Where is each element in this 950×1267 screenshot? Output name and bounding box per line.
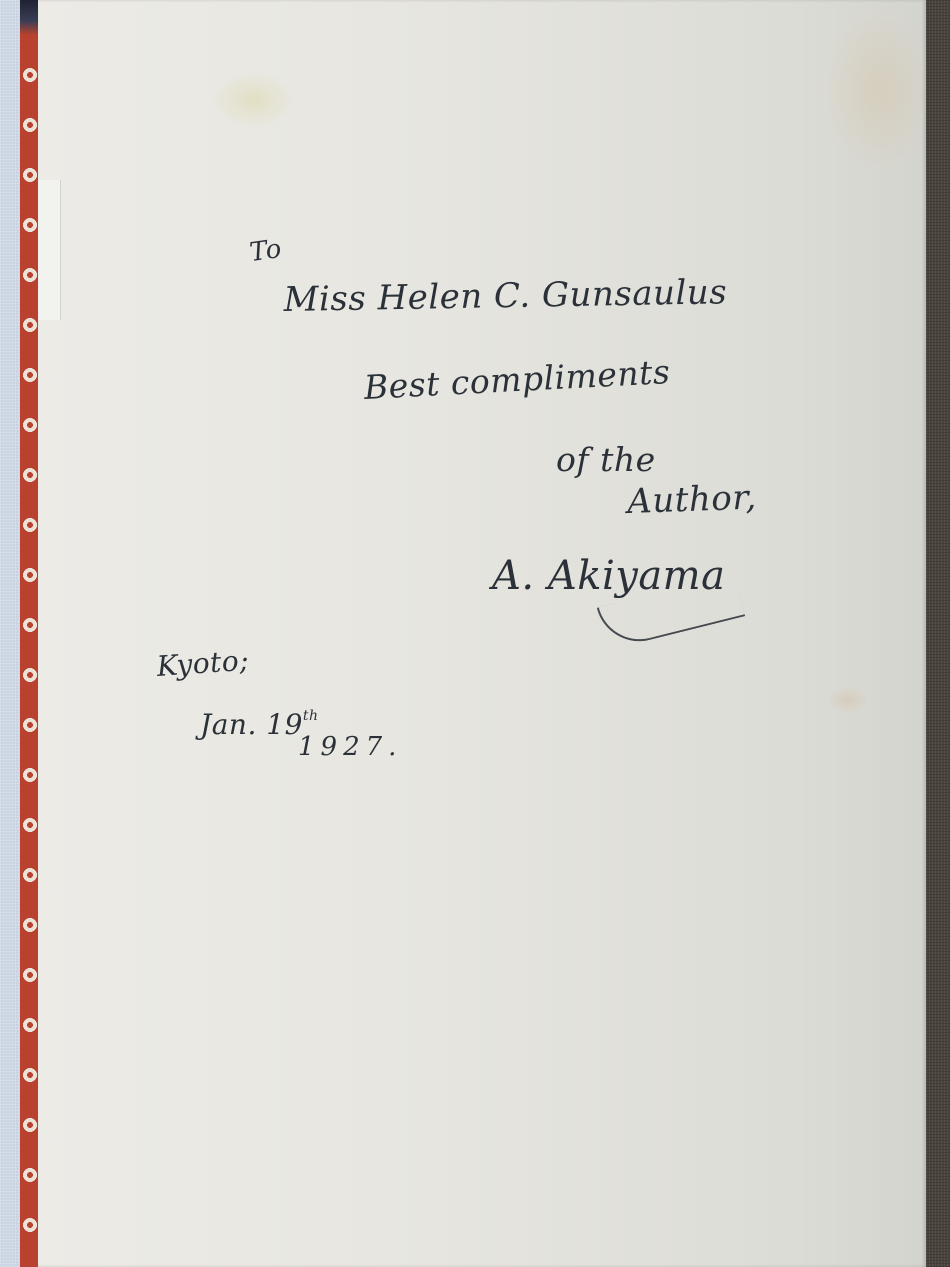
date-suffix: th <box>303 708 319 724</box>
endpaper-page <box>38 0 926 1267</box>
date-year: 1927. <box>298 732 402 762</box>
date-day: Jan. 19 <box>200 708 303 741</box>
recipient-name: Miss Helen C. Gunsaulus <box>283 272 727 320</box>
ribbon-dark-top <box>20 0 40 35</box>
author-line: Author, <box>627 478 758 522</box>
patterned-ribbon-spine <box>20 0 40 1267</box>
salutation-text: To <box>248 234 284 268</box>
left-cloth-background <box>0 0 22 1267</box>
right-book-board <box>926 0 950 1267</box>
page-hinge-tape <box>38 180 61 320</box>
of-the-line: of the <box>556 440 656 479</box>
place-text: Kyoto; <box>156 644 250 683</box>
